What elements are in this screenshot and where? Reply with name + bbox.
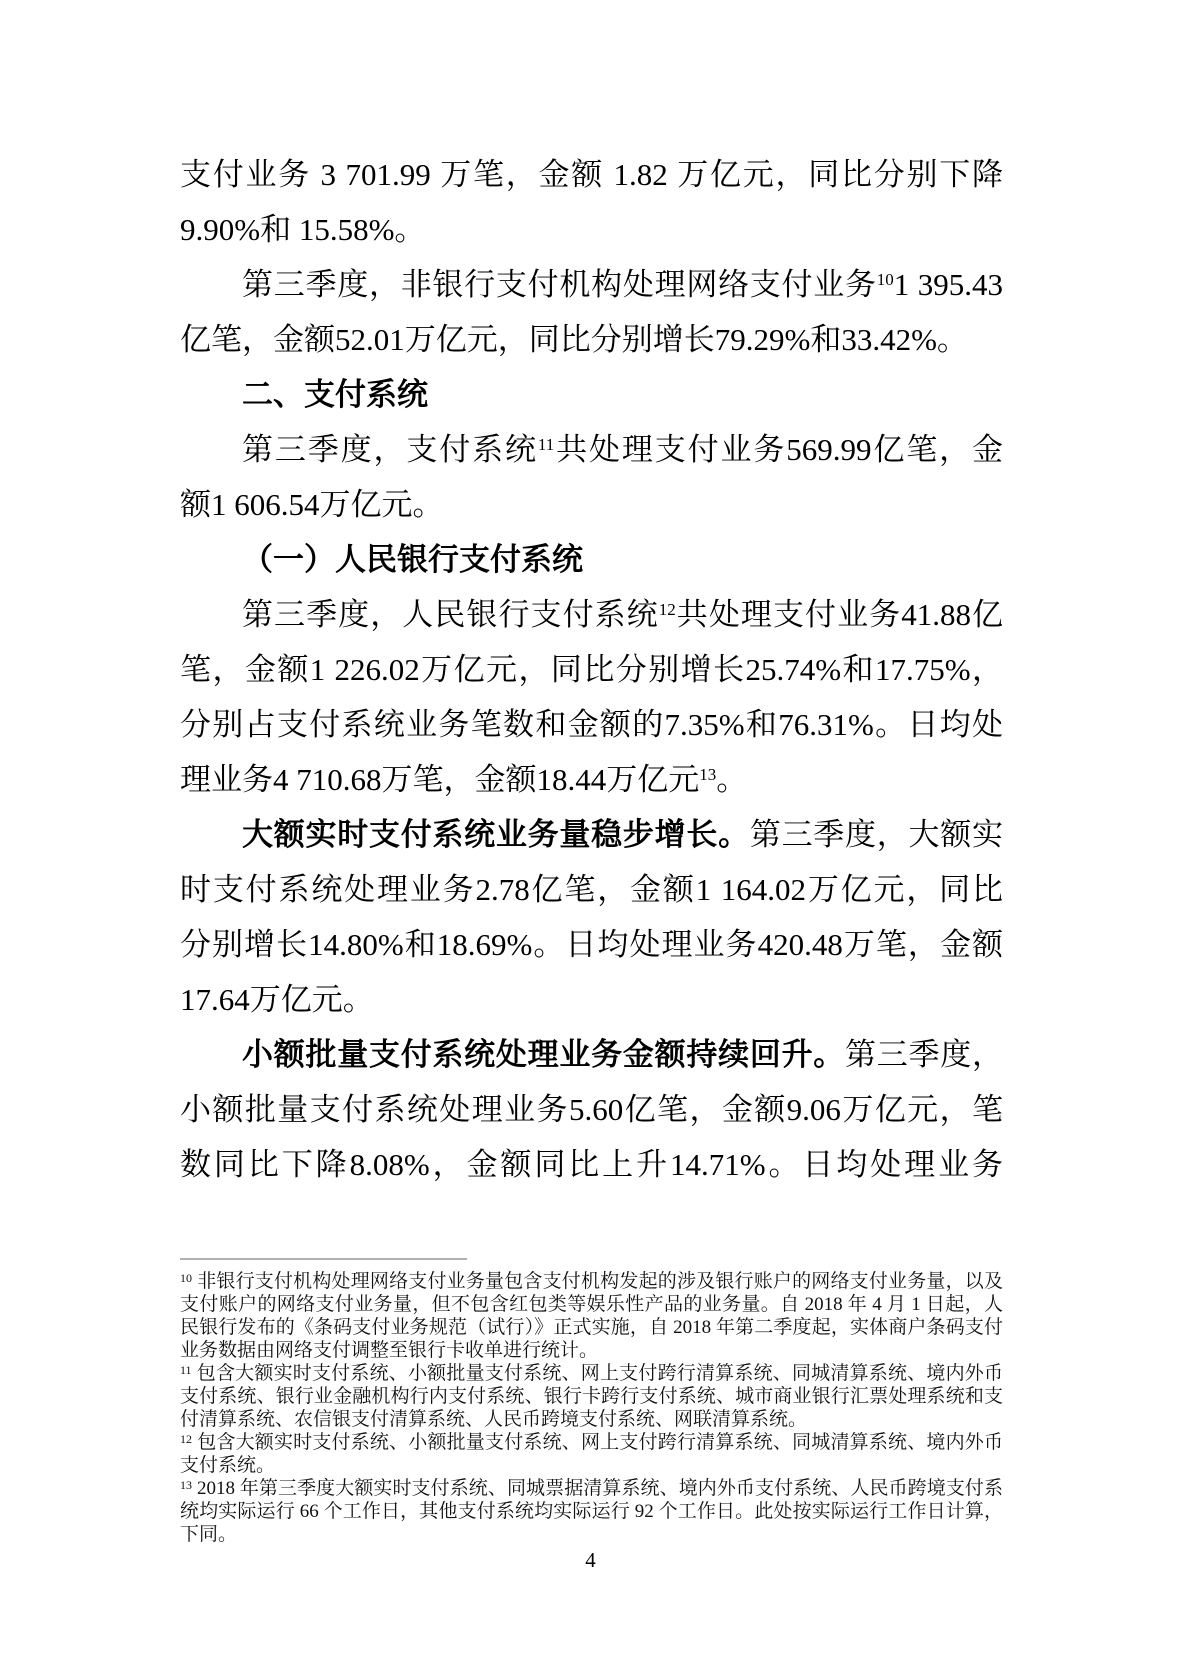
text-run: 9.90%和 15.58%。 xyxy=(180,212,425,247)
text-run: 理业务4 710.68万笔，金额18.44万亿元 xyxy=(180,762,699,797)
bold-run: （一）人民银行支付系统 xyxy=(242,542,583,577)
body-line: 数同比下降8.08%，金额同比上升14.71%。日均处理业务 xyxy=(180,1137,1003,1192)
footnote-ref: 12 xyxy=(659,600,676,619)
body-line: 第三季度，非银行支付机构处理网络支付业务101 395.43 xyxy=(180,257,1003,312)
text-run: 。 xyxy=(716,762,747,797)
section-heading: （一）人民银行支付系统 xyxy=(180,532,1003,587)
body-line: 亿笔，金额52.01万亿元，同比分别增长79.29%和33.42%。 xyxy=(180,312,1003,367)
body-line: 笔，金额1 226.02万亿元，同比分别增长25.74%和17.75%， xyxy=(180,642,1003,697)
body-line: 理业务4 710.68万笔，金额18.44万亿元13。 xyxy=(180,752,1003,807)
body-line: 小额批量支付系统处理业务金额持续回升。第三季度， xyxy=(180,1027,1003,1082)
footnote-number: 10 xyxy=(180,1271,192,1285)
text-run: 笔，金额1 226.02万亿元，同比分别增长25.74%和17.75%， xyxy=(180,652,1003,687)
text-run: 支付业务 3 701.99 万笔，金额 1.82 万亿元，同比分别下降 xyxy=(180,157,1003,192)
text-run: 第三季度， xyxy=(845,1037,1003,1072)
footnote-text: 2018 年第三季度大额实时支付系统、同城票据清算系统、境内外币支付系统、人民币… xyxy=(180,1478,1003,1545)
document-page: 支付业务 3 701.99 万笔，金额 1.82 万亿元，同比分别下降9.90%… xyxy=(0,0,1181,1670)
text-run: 额1 606.54万亿元。 xyxy=(180,487,444,522)
footnote-number: 12 xyxy=(180,1432,192,1446)
text-run: 第三季度，非银行支付机构处理网络支付业务 xyxy=(242,267,877,302)
text-run: 共处理支付业务569.99亿笔，金 xyxy=(554,432,1003,467)
text-run: 分别占支付系统业务笔数和金额的7.35%和76.31%。日均处 xyxy=(180,707,1003,742)
body-line: 分别占支付系统业务笔数和金额的7.35%和76.31%。日均处 xyxy=(180,697,1003,752)
page-number: 4 xyxy=(0,1548,1181,1573)
text-run: 第三季度，支付系统 xyxy=(242,432,538,467)
bold-run: 二、支付系统 xyxy=(242,377,428,412)
text-run: 亿笔，金额52.01万亿元，同比分别增长79.29%和33.42%。 xyxy=(180,322,968,357)
footnote-ref: 10 xyxy=(877,270,894,289)
body-line: 时支付系统处理业务2.78亿笔，金额1 164.02万亿元，同比 xyxy=(180,862,1003,917)
body-line: 9.90%和 15.58%。 xyxy=(180,202,1003,257)
footnote-text: 包含大额实时支付系统、小额批量支付系统、网上支付跨行清算系统、同城清算系统、境内… xyxy=(180,1432,1003,1476)
text-run: 第三季度，人民银行支付系统 xyxy=(242,597,659,632)
text-run: 分别增长14.80%和18.69%。日均处理业务420.48万笔，金额 xyxy=(180,927,1003,962)
text-run: 小额批量支付系统处理业务5.60亿笔，金额9.06万亿元，笔 xyxy=(180,1092,1003,1127)
footnote-ref: 11 xyxy=(538,435,554,454)
footnote-item: 10非银行支付机构处理网络支付业务量包含支付机构发起的涉及银行账户的网络支付业务… xyxy=(180,1270,1003,1362)
footnote-number: 11 xyxy=(180,1363,192,1377)
text-run: 1 395.43 xyxy=(894,267,1003,302)
body-line: 分别增长14.80%和18.69%。日均处理业务420.48万笔，金额 xyxy=(180,917,1003,972)
text-run: 时支付系统处理业务2.78亿笔，金额1 164.02万亿元，同比 xyxy=(180,872,1003,907)
bold-run: 小额批量支付系统处理业务金额持续回升。 xyxy=(242,1037,845,1072)
body-text: 支付业务 3 701.99 万笔，金额 1.82 万亿元，同比分别下降9.90%… xyxy=(180,147,1003,1192)
text-run: 17.64万亿元。 xyxy=(180,982,374,1017)
text-run: 数同比下降8.08%，金额同比上升14.71%。日均处理业务 xyxy=(180,1147,1003,1182)
footnote-text: 包含大额实时支付系统、小额批量支付系统、网上支付跨行清算系统、同城清算系统、境内… xyxy=(180,1363,1003,1430)
footnote-item: 11包含大额实时支付系统、小额批量支付系统、网上支付跨行清算系统、同城清算系统、… xyxy=(180,1362,1003,1431)
body-line: 支付业务 3 701.99 万笔，金额 1.82 万亿元，同比分别下降 xyxy=(180,147,1003,202)
body-line: 第三季度，支付系统11共处理支付业务569.99亿笔，金 xyxy=(180,422,1003,477)
text-run: 共处理支付业务41.88亿 xyxy=(676,597,1003,632)
text-run: 第三季度，大额实 xyxy=(750,817,1003,852)
footnotes: 10非银行支付机构处理网络支付业务量包含支付机构发起的涉及银行账户的网络支付业务… xyxy=(180,1270,1003,1546)
body-line: 小额批量支付系统处理业务5.60亿笔，金额9.06万亿元，笔 xyxy=(180,1082,1003,1137)
body-line: 17.64万亿元。 xyxy=(180,972,1003,1027)
body-line: 第三季度，人民银行支付系统12共处理支付业务41.88亿 xyxy=(180,587,1003,642)
body-line: 额1 606.54万亿元。 xyxy=(180,477,1003,532)
footnote-item: 132018 年第三季度大额实时支付系统、同城票据清算系统、境内外币支付系统、人… xyxy=(180,1477,1003,1546)
body-line: 大额实时支付系统业务量稳步增长。第三季度，大额实 xyxy=(180,807,1003,862)
footnote-ref: 13 xyxy=(699,765,716,784)
footnote-separator xyxy=(180,1258,467,1260)
bold-run: 大额实时支付系统业务量稳步增长。 xyxy=(242,817,750,852)
footnote-text: 非银行支付机构处理网络支付业务量包含支付机构发起的涉及银行账户的网络支付业务量，… xyxy=(180,1271,1003,1361)
section-heading: 二、支付系统 xyxy=(180,367,1003,422)
footnote-number: 13 xyxy=(180,1478,192,1492)
footnote-item: 12包含大额实时支付系统、小额批量支付系统、网上支付跨行清算系统、同城清算系统、… xyxy=(180,1431,1003,1477)
